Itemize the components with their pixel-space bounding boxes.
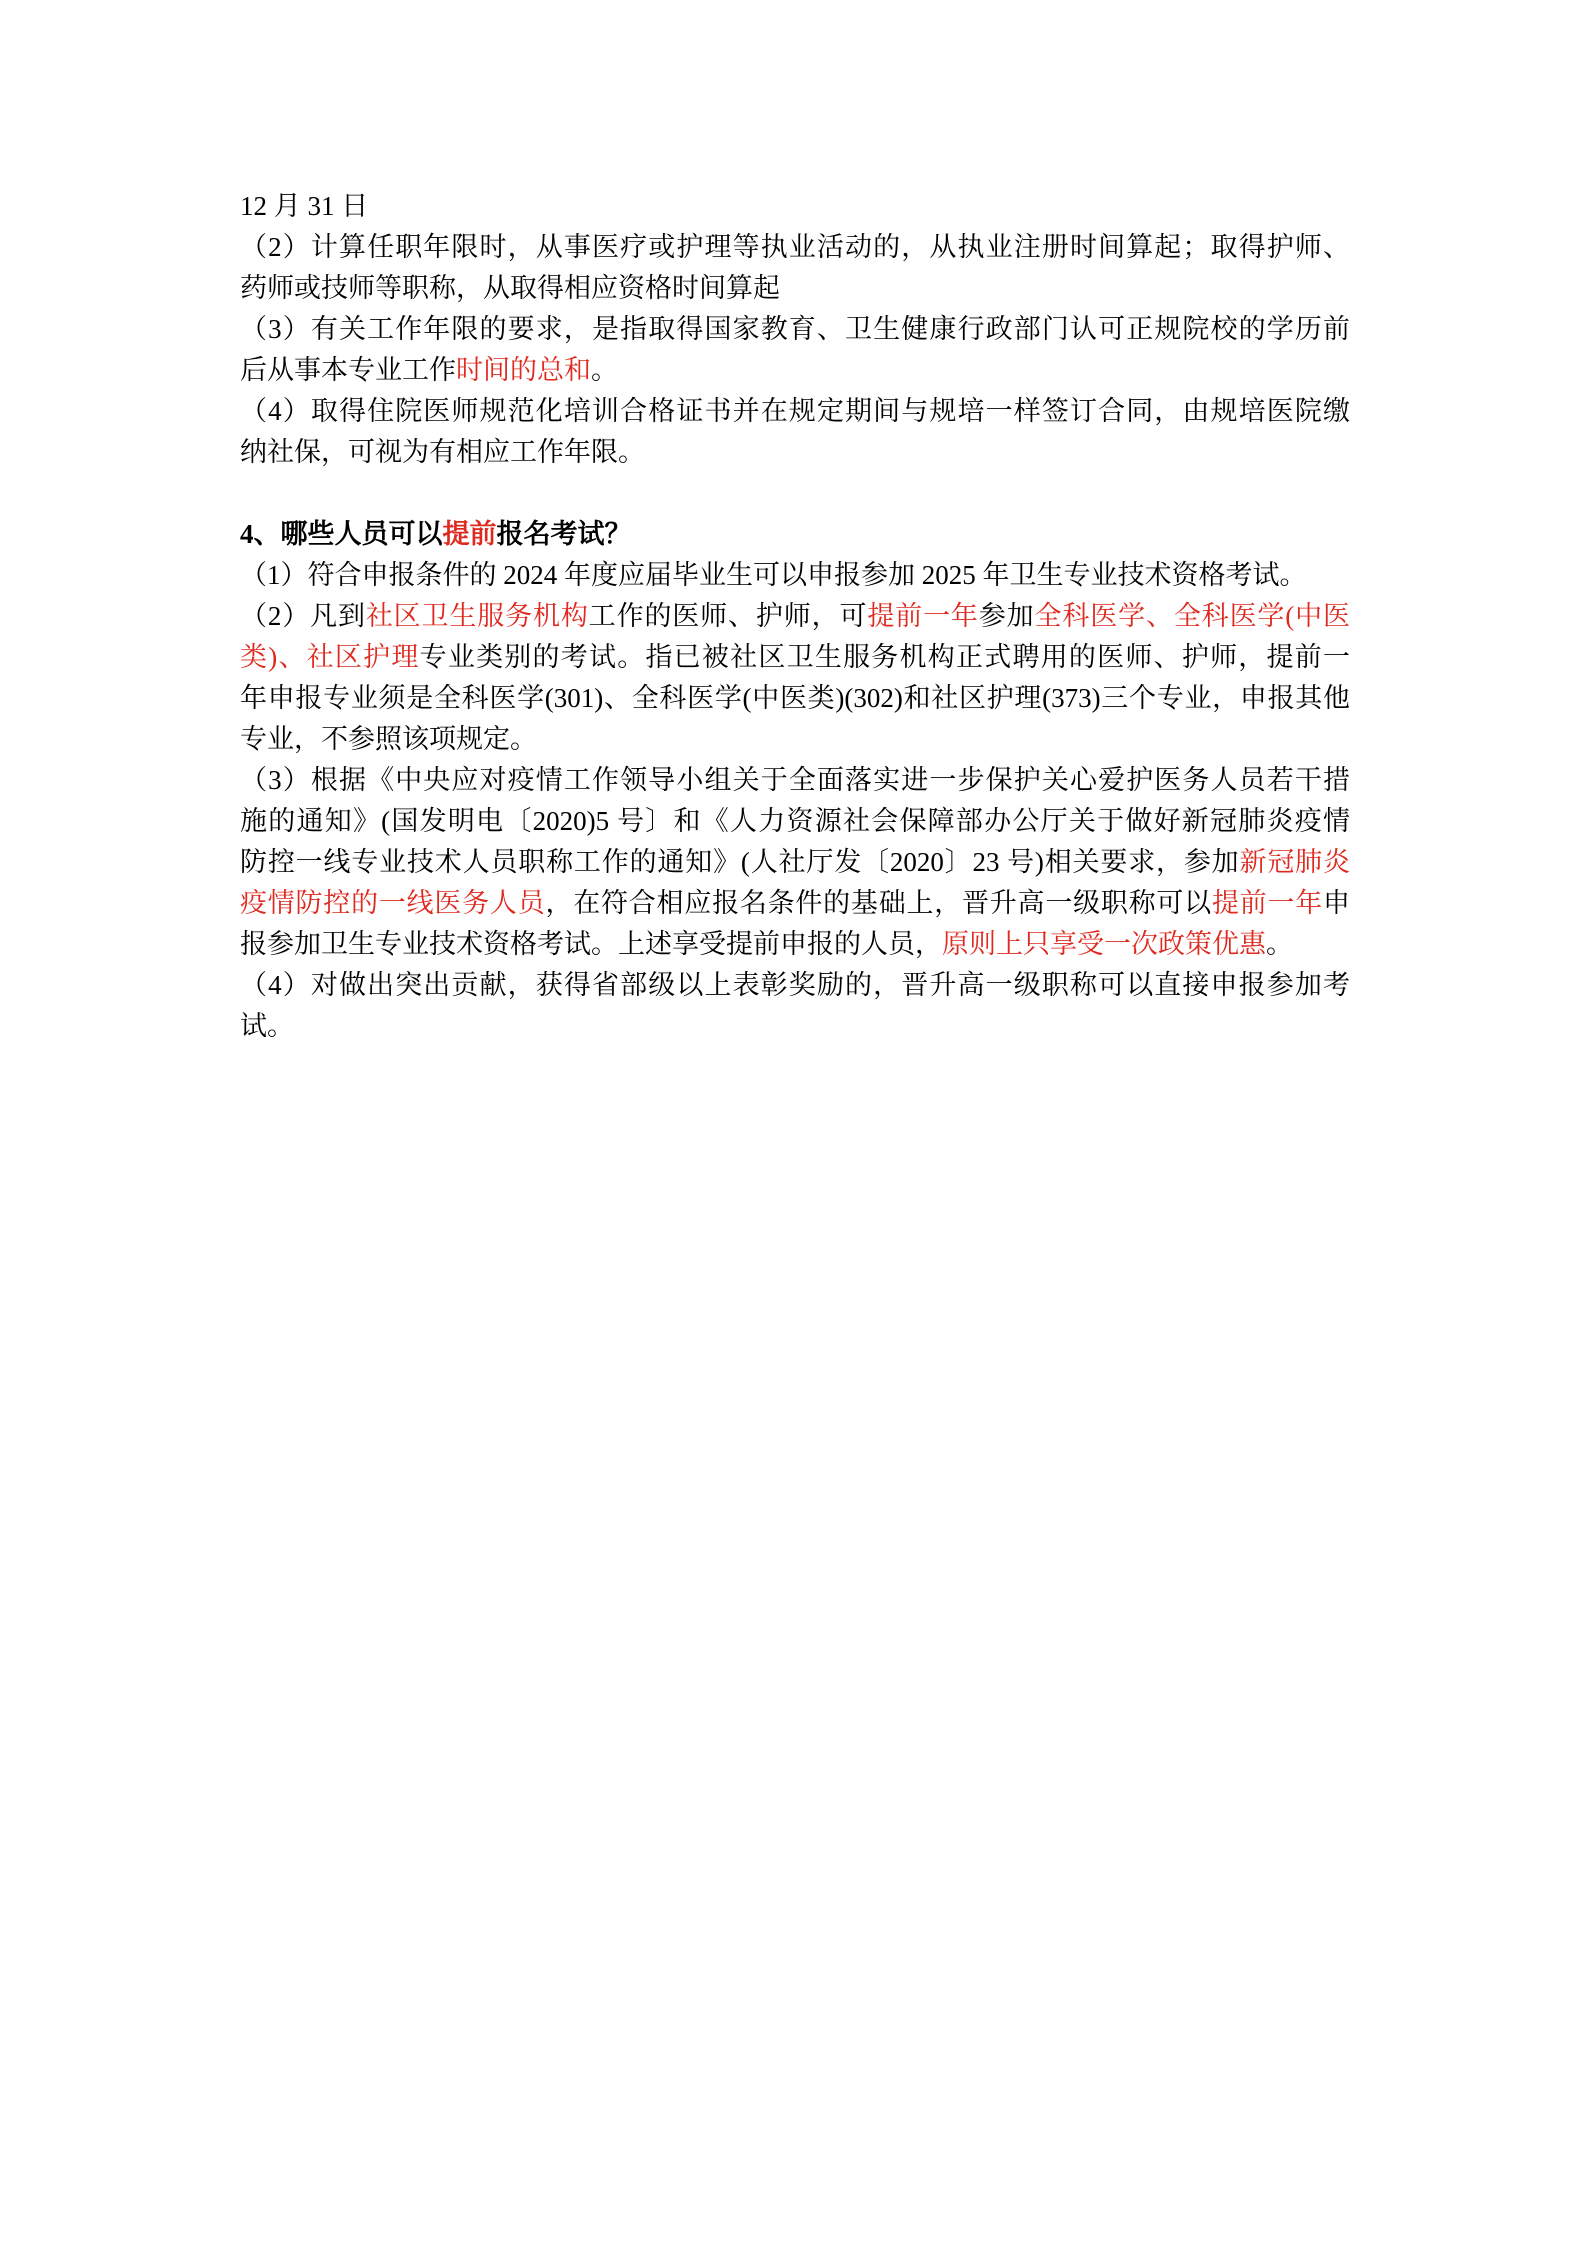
section-heading: 4、哪些人员可以提前报名考试？ [240, 514, 1350, 555]
highlighted-text: 类)、社区护理 [240, 642, 420, 672]
body-text: （2）凡到 [240, 601, 366, 631]
body-text: 4、哪些人员可以 [240, 519, 443, 549]
text-line: （3）根据《中央应对疫情工作领导小组关于全面落实进一步保护关心爱护医务人员若干措 [240, 760, 1350, 801]
text-line: 防控一线专业技术人员职称工作的通知》(人社厅发〔2020〕23 号)相关要求，参… [240, 842, 1350, 883]
text-line: 疫情防控的一线医务人员，在符合相应报名条件的基础上，晋升高一级职称可以提前一年申 [240, 883, 1350, 924]
body-text: 防控一线专业技术人员职称工作的通知》(人社厅发〔2020〕23 号)相关要求，参… [240, 847, 1240, 877]
line-date: 12 月 31 日 [240, 186, 1350, 227]
body-text: 。 [1266, 929, 1293, 959]
body-text: 申 [1323, 888, 1350, 918]
body-text: 专业类别的考试。指已被社区卫生服务机构正式聘用的医师、护师，提前一 [420, 642, 1350, 672]
highlighted-text: 社区卫生服务机构 [366, 601, 589, 631]
body-text: 后从事本专业工作 [240, 355, 456, 385]
body-text: 年申报专业须是全科医学(301)、全科医学(中医类)(302)和社区护理(373… [240, 683, 1350, 713]
body-text: 参加 [979, 601, 1035, 631]
text-line: （4）取得住院医师规范化培训合格证书并在规定期间与规培一样签订合同，由规培医院缴 [240, 391, 1350, 432]
body-text: 工作的医师、护师，可 [589, 601, 868, 631]
text-line: （3）有关工作年限的要求，是指取得国家教育、卫生健康行政部门认可正规院校的学历前 [240, 309, 1350, 350]
text-line: 类)、社区护理专业类别的考试。指已被社区卫生服务机构正式聘用的医师、护师，提前一 [240, 637, 1350, 678]
body-text: 纳社保，可视为有相应工作年限。 [240, 437, 645, 467]
highlighted-text: 提前一年 [1212, 888, 1323, 918]
body-text: 试。 [240, 1011, 294, 1041]
body-text: 专业，不参照该项规定。 [240, 724, 537, 754]
highlighted-text: 新冠肺炎 [1240, 847, 1350, 877]
body-text: （4）取得住院医师规范化培训合格证书并在规定期间与规培一样签订合同，由规培医院缴 [240, 396, 1350, 426]
highlighted-text: 提前 [443, 519, 497, 549]
highlighted-text: 全科医学、全科医学(中医 [1035, 601, 1350, 631]
body-text: （1）符合申报条件的 2024 年度应届毕业生可以申报参加 2025 年卫生专业… [240, 560, 1307, 590]
text-line: 年申报专业须是全科医学(301)、全科医学(中医类)(302)和社区护理(373… [240, 678, 1350, 719]
text-line: （1）符合申报条件的 2024 年度应届毕业生可以申报参加 2025 年卫生专业… [240, 555, 1350, 596]
body-text: 12 月 31 日 [240, 191, 368, 221]
text-line: （2）计算任职年限时，从事医疗或护理等执业活动的，从执业注册时间算起；取得护师、 [240, 227, 1350, 268]
text-line: （2）凡到社区卫生服务机构工作的医师、护师，可提前一年参加全科医学、全科医学(中… [240, 596, 1350, 637]
text-line: 报参加卫生专业技术资格考试。上述享受提前申报的人员，原则上只享受一次政策优惠。 [240, 924, 1350, 965]
document-content: 12 月 31 日（2）计算任职年限时，从事医疗或护理等执业活动的，从执业注册时… [240, 186, 1350, 1047]
body-text: 报参加卫生专业技术资格考试。上述享受提前申报的人员， [240, 929, 942, 959]
text-line: 纳社保，可视为有相应工作年限。 [240, 432, 1350, 473]
body-text: 。 [591, 355, 618, 385]
text-line: （4）对做出突出贡献，获得省部级以上表彰奖励的，晋升高一级职称可以直接申报参加考 [240, 965, 1350, 1006]
document-page: 12 月 31 日（2）计算任职年限时，从事医疗或护理等执业活动的，从执业注册时… [0, 0, 1587, 2245]
text-line: 试。 [240, 1006, 1350, 1047]
body-text: 施的通知》(国发明电〔2020)5 号〕和《人力资源社会保障部办公厅关于做好新冠… [240, 806, 1350, 836]
text-line: 后从事本专业工作时间的总和。 [240, 350, 1350, 391]
blank-line [240, 473, 1350, 514]
highlighted-text: 时间的总和 [456, 355, 591, 385]
highlighted-text: 原则上只享受一次政策优惠 [942, 929, 1266, 959]
highlighted-text: 提前一年 [867, 601, 978, 631]
text-line: 施的通知》(国发明电〔2020)5 号〕和《人力资源社会保障部办公厅关于做好新冠… [240, 801, 1350, 842]
highlighted-text: 疫情防控的一线医务人员 [240, 888, 545, 918]
body-text: ，在符合相应报名条件的基础上，晋升高一级职称可以 [545, 888, 1211, 918]
body-text: （3）根据《中央应对疫情工作领导小组关于全面落实进一步保护关心爱护医务人员若干措 [240, 765, 1350, 795]
body-text: （3）有关工作年限的要求，是指取得国家教育、卫生健康行政部门认可正规院校的学历前 [240, 314, 1350, 344]
body-text: （4）对做出突出贡献，获得省部级以上表彰奖励的，晋升高一级职称可以直接申报参加考 [240, 970, 1350, 1000]
text-line: 药师或技师等职称，从取得相应资格时间算起 [240, 268, 1350, 309]
body-text: 药师或技师等职称，从取得相应资格时间算起 [240, 273, 780, 303]
text-line: 专业，不参照该项规定。 [240, 719, 1350, 760]
body-text: （2）计算任职年限时，从事医疗或护理等执业活动的，从执业注册时间算起；取得护师、 [240, 232, 1350, 262]
body-text: 报名考试？ [497, 519, 632, 549]
